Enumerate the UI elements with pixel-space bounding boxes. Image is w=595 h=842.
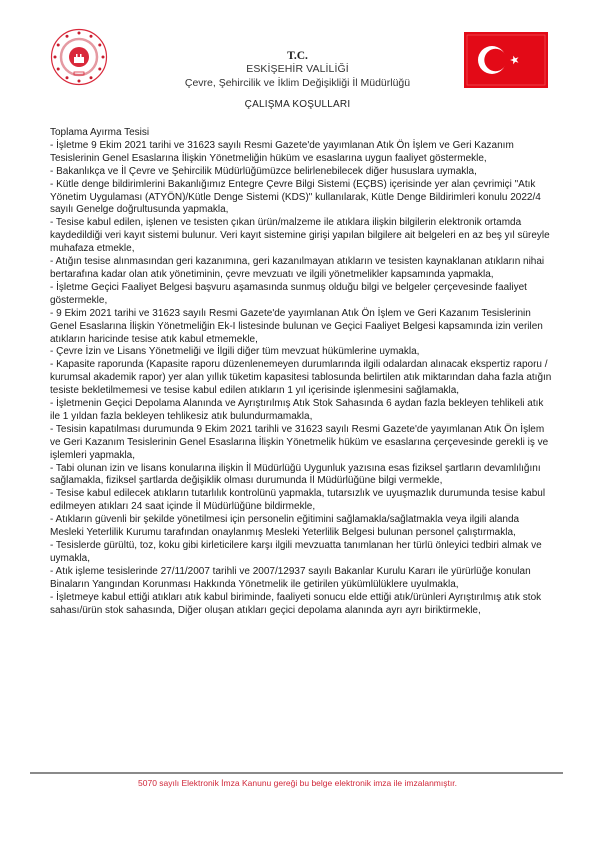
condition-item: - İşletme Geçici Faaliyet Belgesi başvur… — [50, 282, 555, 308]
condition-item: - Atıkların güvenli bir şekilde yönetilm… — [50, 514, 555, 540]
header-directorate: Çevre, Şehircilik ve İklim Değişikliği İ… — [0, 77, 595, 89]
e-signature-notice: 5070 sayılı Elektronik İmza Kanunu gereğ… — [0, 778, 595, 788]
section-title: Toplama Ayırma Tesisi — [50, 127, 555, 140]
condition-item: - Çevre İzin ve Lisans Yönetmeliği ve İl… — [50, 346, 555, 359]
condition-item: - Atığın tesise alınmasından geri kazanı… — [50, 256, 555, 282]
condition-item: - Tesislerde gürültü, toz, koku gibi kir… — [50, 540, 555, 566]
header-tc: T.C. — [0, 50, 595, 62]
condition-item: - İşletme 9 Ekim 2021 tarihi ve 31623 sa… — [50, 140, 555, 166]
condition-item: - Bakanlıkça ve İl Çevre ve Şehircilik M… — [50, 166, 555, 179]
condition-item: - Tesise kabul edilen, işlenen ve tesist… — [50, 217, 555, 256]
footer-divider — [30, 772, 563, 774]
document-body: Toplama Ayırma Tesisi - İşletme 9 Ekim 2… — [50, 127, 555, 617]
condition-item: - İşletmenin Geçici Depolama Alanında ve… — [50, 398, 555, 424]
condition-item: - 9 Ekim 2021 tarihi ve 31623 sayılı Res… — [50, 308, 555, 347]
condition-item: - Tesise kabul edilecek atıkların tutarl… — [50, 488, 555, 514]
header-governorship: ESKİŞEHİR VALİLİĞİ — [0, 63, 595, 75]
condition-item: - Kapasite raporunda (Kapasite raporu dü… — [50, 359, 555, 398]
condition-item: - Tabi olunan izin ve lisans konularına … — [50, 463, 555, 489]
condition-item: - Atık işleme tesislerinde 27/11/2007 ta… — [50, 566, 555, 592]
condition-item: - İşletmeye kabul ettiği atıkları atık k… — [50, 592, 555, 618]
document-title: ÇALIŞMA KOŞULLARI — [0, 99, 595, 110]
condition-item: - Kütle denge bildirimlerini Bakanlığımı… — [50, 179, 555, 218]
condition-item: - Tesisin kapatılması durumunda 9 Ekim 2… — [50, 424, 555, 463]
